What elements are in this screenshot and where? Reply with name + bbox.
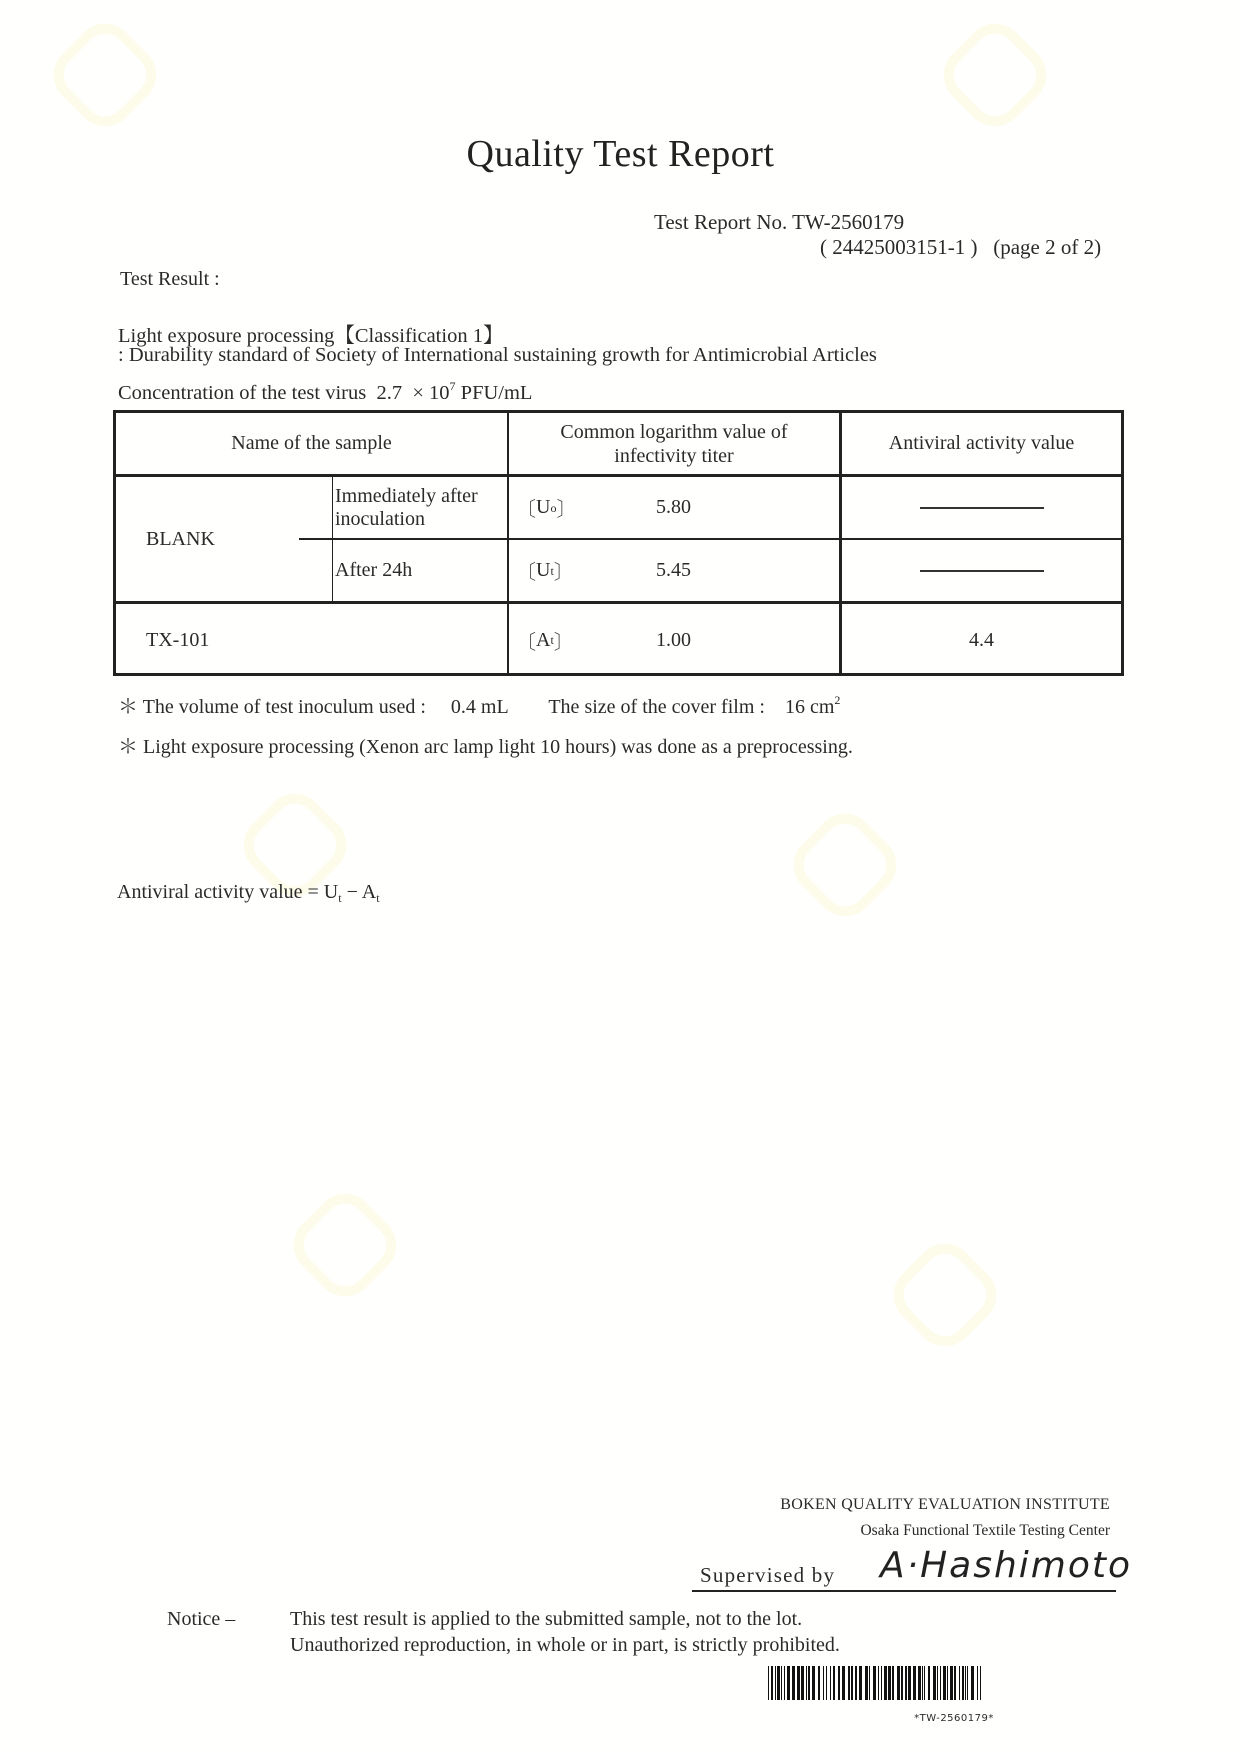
- symbol-base: U: [536, 496, 550, 519]
- barcode: [768, 1666, 1140, 1700]
- supervised-by-label: Supervised by: [700, 1563, 835, 1588]
- condition-line2: inoculation: [335, 508, 425, 531]
- concentration-label: Concentration of the test virus: [118, 382, 366, 404]
- symbol-u0: 〔Uo〕: [516, 477, 596, 538]
- symbol-base: A: [536, 629, 550, 652]
- notice-line2: Unauthorized reproduction, in whole or i…: [290, 1634, 840, 1657]
- preprocess-note: ＊ Light exposure processing (Xenon arc l…: [118, 730, 853, 759]
- signature-line: [692, 1590, 1116, 1592]
- formula-minus: − A: [342, 881, 377, 903]
- concentration-base: 10: [429, 382, 450, 404]
- test-result-label: Test Result :: [120, 268, 220, 291]
- antiviral-value-u0: [842, 477, 1121, 538]
- table-row-condition: Immediately after inoculation: [335, 477, 507, 538]
- log-value-ut: 5.45: [656, 540, 736, 601]
- film-exponent: 2: [834, 693, 840, 707]
- watermark-mark: [781, 801, 908, 928]
- signature: A·Hashimoto: [880, 1545, 1132, 1586]
- watermark-mark: [41, 11, 168, 138]
- film-value: 16 cm: [785, 696, 834, 718]
- page-title: Quality Test Report: [0, 132, 1241, 176]
- header-log-value: Common logarithm value of infectivity ti…: [509, 413, 839, 474]
- log-value-at: 1.00: [656, 604, 736, 676]
- institute-name: BOKEN QUALITY EVALUATION INSTITUTE: [780, 1496, 1110, 1514]
- symbol-base: U: [536, 559, 550, 582]
- formula-text: Antiviral activity value = U: [117, 881, 338, 903]
- virus-concentration: Concentration of the test virus 2.7 × 10…: [118, 382, 532, 405]
- inoculum-note: ＊ The volume of test inoculum used : 0.4…: [118, 690, 840, 719]
- blank-sample-name: BLANK: [146, 477, 332, 601]
- standard-description: : Durability standard of Society of Inte…: [118, 344, 877, 367]
- film-label: The size of the cover film :: [548, 696, 765, 718]
- symbol-at: 〔At〕: [516, 604, 596, 676]
- page-indicator: (page 2 of 2): [993, 235, 1101, 259]
- header-sample-name: Name of the sample: [116, 413, 507, 474]
- concentration-exponent: 7: [450, 379, 456, 393]
- not-applicable-dash: [920, 570, 1044, 572]
- formula-sub: t: [376, 891, 379, 905]
- barcode-text: *TW-2560179*: [768, 1713, 1140, 1724]
- condition-line1: Immediately after: [335, 485, 478, 508]
- notice-line1: This test result is applied to the submi…: [290, 1608, 802, 1631]
- not-applicable-dash: [920, 507, 1044, 509]
- watermark-mark: [931, 11, 1058, 138]
- report-sub-id-value: ( 24425003151-1 ): [820, 235, 977, 259]
- testing-center-name: Osaka Functional Textile Testing Center: [860, 1522, 1110, 1540]
- antiviral-value-ut: [842, 540, 1121, 601]
- header-log-value-line2: infectivity titer: [614, 444, 733, 468]
- watermark-mark: [881, 1231, 1008, 1358]
- inoculum-value: 0.4 mL: [451, 696, 509, 718]
- inoculum-label: ＊ The volume of test inoculum used :: [118, 696, 426, 718]
- table-row-condition: After 24h: [335, 540, 507, 601]
- report-number-label: Test Report No.: [654, 210, 787, 234]
- watermark-mark: [281, 1181, 408, 1308]
- sample-name: TX-101: [146, 604, 506, 676]
- header-log-value-line1: Common logarithm value of: [560, 420, 787, 444]
- report-number: Test Report No. TW-2560179: [654, 210, 904, 235]
- concentration-unit: PFU/mL: [461, 382, 533, 404]
- antiviral-formula: Antiviral activity value = Ut − At: [117, 881, 380, 904]
- times-sign: ×: [412, 382, 424, 404]
- header-antiviral-value: Antiviral activity value: [842, 413, 1121, 474]
- symbol-ut: 〔Ut〕: [516, 540, 596, 601]
- antiviral-value-sample: 4.4: [842, 604, 1121, 676]
- report-sub-id: ( 24425003151-1 ) (page 2 of 2): [820, 235, 1101, 260]
- concentration-mantissa: 2.7: [376, 382, 402, 404]
- notice-label: Notice –: [167, 1608, 235, 1631]
- results-table: Name of the sample Common logarithm valu…: [113, 410, 1124, 676]
- report-number-value: TW-2560179: [792, 210, 904, 234]
- log-value-u0: 5.80: [656, 477, 736, 538]
- table-rule: [332, 474, 333, 602]
